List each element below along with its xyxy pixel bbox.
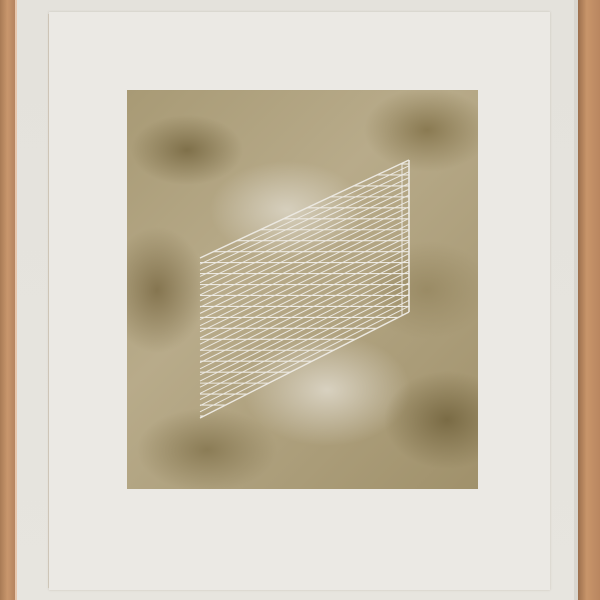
parallelogram-grid xyxy=(0,0,600,600)
